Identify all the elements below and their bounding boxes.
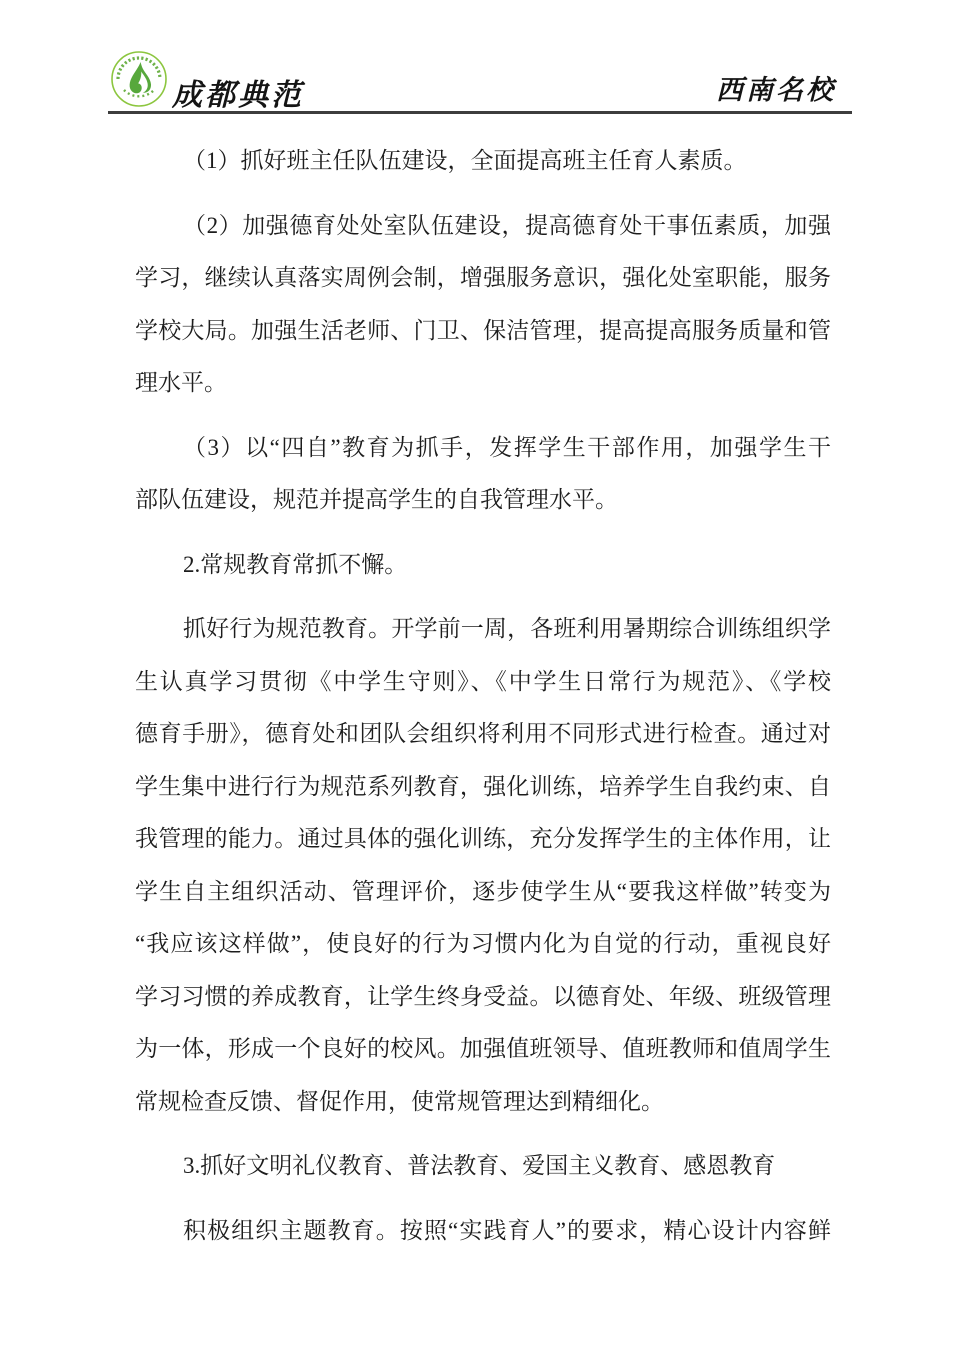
document-line: （3）以“四自”教育为抓手，发挥学生干部作用，加强学生干 (135, 422, 831, 475)
school-emblem-icon (110, 50, 168, 108)
document-line: 积极组织主题教育。按照“实践育人”的要求，精心设计内容鲜 (135, 1205, 831, 1258)
document-line: 为一体，形成一个良好的校风。加强值班领导、值班教师和值周学生 (135, 1023, 831, 1076)
document-line: 德育手册》，德育处和团队会组织将利用不同形式进行检查。通过对 (135, 708, 831, 761)
document-body: （1）抓好班主任队伍建设，全面提高班主任育人素质。 （2）加强德育处处室队伍建设… (135, 135, 831, 1257)
document-line: 学校大局。加强生活老师、门卫、保洁管理，提高提高服务质量和管 (135, 305, 831, 358)
brand-calligraphy-right: 西南名校 (716, 68, 836, 107)
document-line: 我管理的能力。通过具体的强化训练，充分发挥学生的主体作用，让 (135, 813, 831, 866)
document-line: 2.常规教育常抓不懈。 (135, 539, 831, 592)
document-line: （2）加强德育处处室队伍建设，提高德育处干事伍素质，加强 (135, 200, 831, 253)
brand-calligraphy-left: 成都典范 (172, 70, 304, 114)
document-line: 常规检查反馈、督促作用，使常规管理达到精细化。 (135, 1076, 831, 1129)
document-line: “我应该这样做”，使良好的行为习惯内化为自觉的行动，重视良好 (135, 918, 831, 971)
document-line: 学生自主组织活动、管理评价，逐步使学生从“要我这样做”转变为 (135, 866, 831, 919)
document-line: 部队伍建设，规范并提高学生的自我管理水平。 (135, 474, 831, 527)
document-line: 抓好行为规范教育。开学前一周，各班利用暑期综合训练组织学 (135, 603, 831, 656)
document-line: 生认真学习贯彻《中学生守则》、《中学生日常行为规范》、《学校 (135, 656, 831, 709)
document-line: 理水平。 (135, 357, 831, 410)
header-divider-line (108, 111, 852, 114)
document-page: 成都典范 西南名校 （1）抓好班主任队伍建设，全面提高班主任育人素质。 （2）加… (0, 0, 960, 1357)
document-line: 学习，继续认真落实周例会制，增强服务意识，强化处室职能，服务 (135, 252, 831, 305)
document-line: 3.抓好文明礼仪教育、普法教育、爱国主义教育、感恩教育 (135, 1140, 831, 1193)
document-line: 学生集中进行行为规范系列教育，强化训练，培养学生自我约束、自 (135, 761, 831, 814)
document-line: 学习习惯的养成教育，让学生终身受益。以德育处、年级、班级管理 (135, 971, 831, 1024)
document-line: （1）抓好班主任队伍建设，全面提高班主任育人素质。 (135, 135, 831, 188)
